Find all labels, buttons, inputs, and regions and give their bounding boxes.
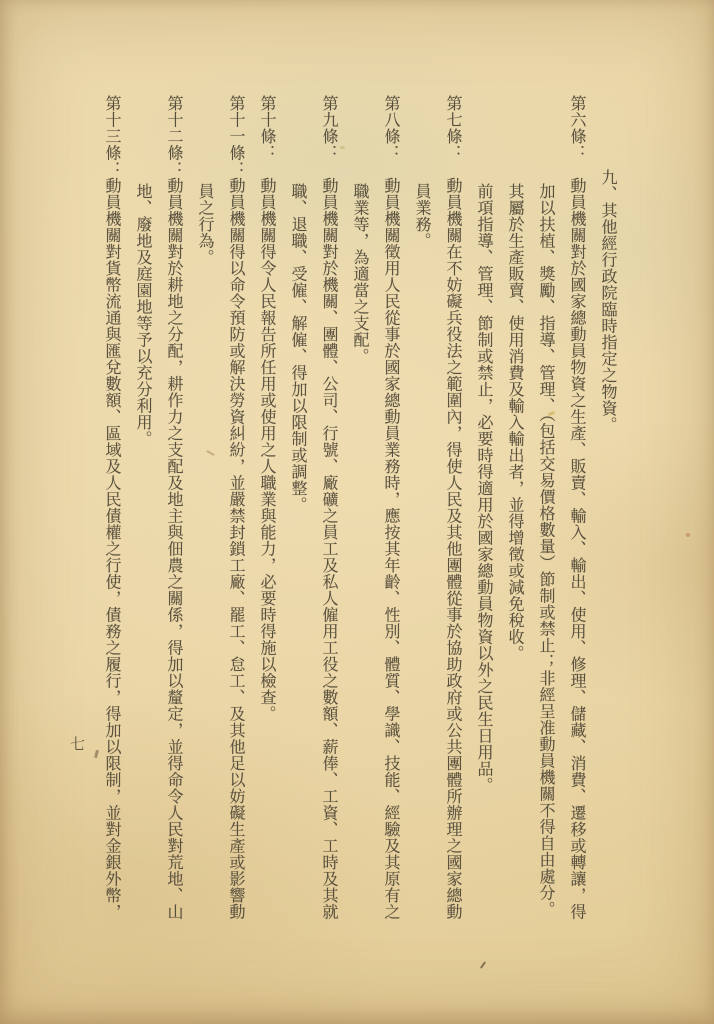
article-7-text: 第七條： 動員機關在不妨礙兵役法之範圍內，得使人民及其他團體從事於協助政府或公共…: [438, 95, 469, 935]
article-11-text: 第十一條：動員機關得以命令預防或解決勞資糾紛，並嚴禁封鎖工廠、罷工、怠工、及其他…: [221, 95, 252, 935]
ink-stray-mark: [480, 961, 486, 969]
article-6-text: 第六條： 動員機關對於國家總動員物資之生產、販賣、輸入、輸出、使用、修理、儲藏、…: [562, 95, 593, 935]
article-6-para-3: 前項指導、管理、節制或禁止，必要時得適用於國家總動員物資以外之民生日用品。: [469, 95, 500, 935]
article-9-cont: 職、退職、受僱、解僱、得加以限制或調整。: [283, 95, 314, 935]
article-9-text: 第九條： 動員機關對於機關、團體、公司、行號、廠礦之員工及私人僱用工役之數額、薪…: [314, 95, 345, 935]
paper-speck: [686, 533, 690, 537]
article-8-text: 第八條： 動員機關徵用人民從事於國家總動員業務時，應按其年齡、性別、體質、學識、…: [376, 95, 407, 935]
scanned-document-page: 九、其他經行政院臨時指定之物資。 第六條： 動員機關對於國家總動員物資之生產、販…: [0, 0, 714, 1024]
article-6-para-2: 其屬於生產販賣、使用消費及輸入輸出者，並得增徵或減免稅收。: [500, 95, 531, 935]
article-12-text: 第十二條：動員機關對於耕地之分配，耕作力之支配及地主與佃農之關係，得加以釐定，並…: [159, 95, 190, 935]
page-number: 七: [70, 733, 85, 754]
article-13-text: 第十三條：動員機關對貨幣流通與匯兌數額、區域及人民債權之行使，債務之履行，得加以…: [97, 95, 128, 935]
article-12-cont: 地、廢地及庭園地等予以充分利用。: [128, 95, 159, 935]
article-10-text: 第十條： 動員機關得令人民報告所任用或使用之人職業與能力，必要時得施以檢查。: [252, 95, 283, 935]
list-item-9: 九、其他經行政院臨時指定之物資。: [593, 95, 624, 935]
article-8-cont: 職業等，為適當之支配。: [345, 95, 376, 935]
article-7-cont: 員業務。: [407, 95, 438, 935]
article-6-cont-1: 加以扶植、獎勵、指導、管理、（包括交易價格數量）節制或禁止；非經呈准動員機關不得…: [531, 95, 562, 935]
vertical-text-block: 九、其他經行政院臨時指定之物資。 第六條： 動員機關對於國家總動員物資之生產、販…: [97, 95, 624, 935]
article-11-cont: 員之行為。: [190, 95, 221, 935]
